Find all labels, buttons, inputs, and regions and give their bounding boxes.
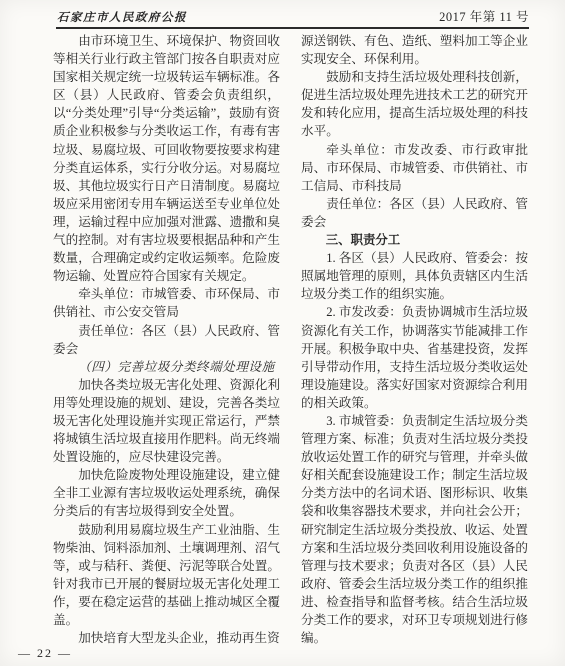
paragraph: 责任单位：各区（县）人民政府、管委会 (301, 195, 528, 231)
issue-number: 2017 年第 11 号 (439, 7, 529, 25)
gazette-title: 石家庄市人民政府公报 (57, 9, 187, 25)
paragraph: 由市环境卫生、环境保护、物资回收等相关行业行政主管部门按各自职责对应国家相关规定… (53, 32, 280, 285)
paragraph: 加快危险废物处理设施建设，建立健全非工业源有害垃圾收运处理系统，确保分类后的有害… (53, 466, 280, 520)
text-columns: 由市环境卫生、环境保护、物资回收等相关行业行政主管部门按各自职责对应国家相关规定… (53, 32, 528, 647)
paragraph: 责任单位：各区（县）人民政府、管委会 (53, 322, 280, 358)
section-heading: 三、职责分工 (301, 231, 528, 249)
header-rule (56, 27, 529, 29)
paragraph: 1. 各区（县）人民政府、管委会：按照属地管理的原则，具体负责辖区内生活垃圾分类… (301, 249, 528, 303)
gazette-page: 石家庄市人民政府公报 2017 年第 11 号 由市环境卫生、环境保护、物资回收… (0, 0, 565, 666)
paragraph: 2. 市发改委：负责协调城市生活垃圾资源化有关工作，协调落实节能减排工作开展。积… (301, 303, 528, 412)
subsection-heading: （四）完善垃圾分类终端处理设施 (53, 358, 280, 376)
paragraph: 鼓励利用易腐垃圾生产工业油脂、生物柴油、饲料添加剂、土壤调理剂、沼气等，或与秸秆… (53, 521, 280, 630)
paragraph: 3. 市城管委：负责制定生活垃圾分类管理方案、标准；负责对生活垃圾分类投放收运处… (301, 412, 528, 647)
paragraph: 源送钢铁、有色、造纸、塑料加工等企业实现安全、环保利用。 (301, 32, 528, 68)
left-column: 由市环境卫生、环境保护、物资回收等相关行业行政主管部门按各自职责对应国家相关规定… (53, 32, 280, 647)
paragraph: 加快培育大型龙头企业，推动再生资 (53, 629, 280, 647)
paragraph: 加快各类垃圾无害化处理、资源化利用等处理设施的规划、建设，完善各类垃圾无害化处理… (53, 376, 280, 466)
paragraph: 牵头单位：市城管委、市环保局、市供销社、市公安交管局 (53, 285, 280, 321)
page-header: 石家庄市人民政府公报 2017 年第 11 号 (57, 7, 529, 25)
paragraph: 鼓励和支持生活垃圾处理科技创新，促进生活垃圾处理先进技术工艺的研究开发和转化应用… (301, 68, 528, 140)
right-column: 源送钢铁、有色、造纸、塑料加工等企业实现安全、环保利用。鼓励和支持生活垃圾处理科… (301, 32, 528, 647)
paragraph: 牵头单位：市发改委、市行政审批局、市环保局、市城管委、市供销社、市工信局、市科技… (301, 141, 528, 195)
page-number: — 22 — (18, 646, 72, 661)
